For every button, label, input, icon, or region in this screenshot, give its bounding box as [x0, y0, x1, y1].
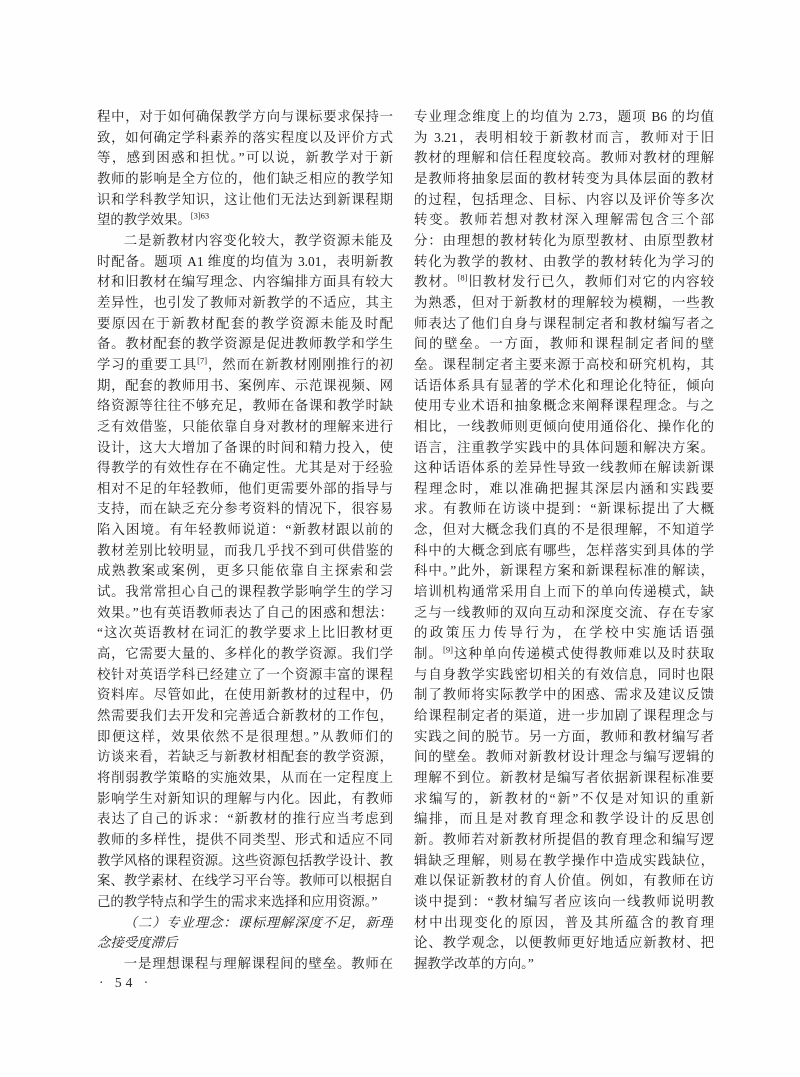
- text-line: 相对不足的年轻教师，他们更需要外部的指导与: [97, 479, 393, 500]
- text-line: 访谈来看，若缺乏与新教材相配套的教学资源，: [97, 747, 393, 768]
- text-line: 试。我常常担心自己的课程教学影响学生的学习: [97, 582, 393, 603]
- text-line: 实践之间的脱节。另一方面，教师和教材编写者: [414, 727, 714, 748]
- text-line: 要原因在于新教材配套的教学资源未能及时配: [97, 314, 393, 335]
- text-line: 材中出现变化的原因，普及其所蕴含的教育理: [414, 913, 714, 934]
- text-line: 支持，而在缺乏充分参考资料的情况下，很容易: [97, 499, 393, 520]
- text-line: 相比，一线教师则更倾向使用通俗化、操作化的: [414, 417, 714, 438]
- text-line: 陷入困境。有年轻教师说道：“新教材跟以前的: [97, 520, 393, 541]
- text-line: 一是理想课程与理解课程间的壁垒。教师在: [97, 954, 393, 975]
- page-number: · 54 ·: [99, 975, 152, 991]
- text-line: 科中。”此外，新课程方案和新课程标准的解读，: [414, 561, 714, 582]
- journal-page: 程中，对于如何确保教学方向与课标要求保持一致，如何确定学科素养的落实程度以及评价…: [0, 0, 800, 1077]
- text-line: 难以保证新教材的育人价值。例如，有教师在访: [414, 871, 714, 892]
- text-line: 案、教学素材、在线学习平台等。教师可以根据自: [97, 871, 393, 892]
- citation-superscript: [9]: [443, 645, 453, 655]
- text-line: 垒。课程制定者主要来源于高校和研究机构，其: [414, 355, 714, 376]
- text-line: 表达了自己的诉求：“新教材的推行应当考虑到: [97, 809, 393, 830]
- text-line: 成熟教案或案例，更多只能依靠自主探索和尝: [97, 561, 393, 582]
- text-line: 即便这样，效果依然不是很理想。”从教师们的: [97, 727, 393, 748]
- text-line: 得教学的有效性存在不确定性。尤其是对于经验: [97, 458, 393, 479]
- text-line: 话语体系具有显著的学术化和理论化特征，倾向: [414, 376, 714, 397]
- text-line: 间的壁垒。教师对新教材设计理念与编写逻辑的: [414, 747, 714, 768]
- text-line: 辑缺乏理解，则易在教学操作中造成实践缺位，: [414, 851, 714, 872]
- text-line: “这次英语教材在词汇的教学要求上比旧教材更: [97, 623, 393, 644]
- right-column: 专业理念维度上的均值为 2.73，题项 B6 的均值为 3.21，表明相较于新教…: [414, 107, 714, 975]
- text-line: 等，感到困惑和担忧。”可以说，新教学对于新: [97, 148, 393, 169]
- text-line: 资料库。尽管如此，在使用新教材的过程中，仍: [97, 685, 393, 706]
- text-line: 然需要我们去开发和完善适合新教材的工作包，: [97, 706, 393, 727]
- text-line: 教材差别比较明显，而我几乎找不到可供借鉴的: [97, 541, 393, 562]
- text-line: 设计，这大大增加了备课的时间和精力投入，使: [97, 438, 393, 459]
- citation-superscript: [7]: [197, 355, 207, 365]
- text-line: 师表达了他们自身与课程制定者和教材编写者之: [414, 314, 714, 335]
- text-line: 教材。[8]旧教材发行已久，教师们对它的内容较: [414, 272, 714, 293]
- text-line: 是教师将抽象层面的教材转变为具体层面的教材: [414, 169, 714, 190]
- text-line: 教师的多样性，提供不同类型、形式和适应不同: [97, 830, 393, 851]
- text-line: 时配备。题项 A1 维度的均值为 3.01，表明新教: [97, 252, 393, 273]
- text-line: 制。[9]这种单向传递模式使得教师难以及时获取: [414, 644, 714, 665]
- section-heading-line: （二）专业理念：课标理解深度不足，新理: [97, 913, 393, 934]
- text-line: 念，但对大概念我们真的不是很理解，不知道学: [414, 520, 714, 541]
- text-line: 给课程制定者的渠道，进一步加剧了课程理念与: [414, 706, 714, 727]
- text-line: 期，配套的教师用书、案例库、示范课视频、网: [97, 376, 393, 397]
- citation-superscript: [8]: [458, 273, 468, 283]
- text-line: 二是新教材内容变化较大，教学资源未能及: [97, 231, 393, 252]
- section-heading-line: 念接受度滞后: [97, 933, 393, 954]
- text-line: 教学风格的课程资源。这些资源包括教学设计、教: [97, 851, 393, 872]
- text-line: 分：由理想的教材转化为原型教材、由原型教材: [414, 231, 714, 252]
- text-line: 的政策压力传导行为，在学校中实施话语强: [414, 623, 714, 644]
- text-line: 这种话语体系的差异性导致一线教师在解读新课: [414, 458, 714, 479]
- text-line: 乏有效借鉴，只能依靠自身对教材的理解来进行: [97, 417, 393, 438]
- text-line: 握教学改革的方向。”: [414, 954, 714, 975]
- text-line: 专业理念维度上的均值为 2.73，题项 B6 的均值: [414, 107, 714, 128]
- text-line: 差异性，也引发了教师对新教学的不适应，其主: [97, 293, 393, 314]
- text-line: 转化为教学的教材、由教学的教材转化为学习的: [414, 252, 714, 273]
- left-column: 程中，对于如何确保教学方向与课标要求保持一致，如何确定学科素养的落实程度以及评价…: [97, 107, 393, 975]
- text-line: 材和旧教材在编写理念、内容编排方面具有较大: [97, 272, 393, 293]
- text-line: 的过程，包括理念、目标、内容以及评价等多次: [414, 190, 714, 211]
- text-line: 与自身教学实践密切相关的有效信息，同时也限: [414, 665, 714, 686]
- text-line: 程中，对于如何确保教学方向与课标要求保持一: [97, 107, 393, 128]
- text-line: 乏与一线教师的双向互动和深度交流、存在专家: [414, 603, 714, 624]
- text-line: 影响学生对新知识的理解与内化。因此，有教师: [97, 789, 393, 810]
- text-line: 将削弱教学策略的实施效果，从而在一定程度上: [97, 768, 393, 789]
- text-line: 识和学科教学知识，这让他们无法达到新课程期: [97, 190, 393, 211]
- text-line: 备。教材配套的教学资源是促进教师教学和学生: [97, 334, 393, 355]
- text-line: 制了教师将实际教学中的困惑、需求及建议反馈: [414, 685, 714, 706]
- text-line: 学习的重要工具[7]，然而在新教材刚刚推行的初: [97, 355, 393, 376]
- text-line: 为 3.21，表明相较于新教材而言，教师对于旧: [414, 128, 714, 149]
- text-line: 为熟悉，但对于新教材的理解较为模糊，一些教: [414, 293, 714, 314]
- text-line: 编排，而且是对教育理念和教学设计的反思创: [414, 809, 714, 830]
- text-line: 致，如何确定学科素养的落实程度以及评价方式: [97, 128, 393, 149]
- text-line: 新。教师若对新教材所提倡的教育理念和编写逻: [414, 830, 714, 851]
- text-line: 望的教学效果。[3]63: [97, 210, 393, 231]
- text-line: 论、教学观念，以便教师更好地适应新教材、把: [414, 933, 714, 954]
- text-line: 使用专业术语和抽象概念来阐释课程理念。与之: [414, 396, 714, 417]
- text-line: 科中的大概念到底有哪些，怎样落实到具体的学: [414, 541, 714, 562]
- text-line: 教师的影响是全方位的，他们缺乏相应的教学知: [97, 169, 393, 190]
- text-line: 语言，注重教学实践中的具体问题和解决方案。: [414, 438, 714, 459]
- text-line: 培训机构通常采用自上而下的单向传递模式，缺: [414, 582, 714, 603]
- text-line: 求。有教师在访谈中提到：“新课标提出了大概: [414, 499, 714, 520]
- text-line: 间的壁垒。一方面，教师和课程制定者间的壁: [414, 334, 714, 355]
- text-line: 校针对英语学科已经建立了一个资源丰富的课程: [97, 665, 393, 686]
- text-line: 教材的理解和信任程度较高。教师对教材的理解: [414, 148, 714, 169]
- text-line: 高，它需要大量的、多样化的教学资源。我们学: [97, 644, 393, 665]
- text-line: 己的教学特点和学生的需求来选择和应用资源。”: [97, 892, 393, 913]
- text-line: 理解不到位。新教材是编写者依据新课程标准要: [414, 768, 714, 789]
- text-line: 谈中提到：“教材编写者应该向一线教师说明教: [414, 892, 714, 913]
- text-line: 求编写的，新教材的“新”不仅是对知识的重新: [414, 789, 714, 810]
- text-line: 络资源等往往不够充足，教师在备课和教学时缺: [97, 396, 393, 417]
- citation-superscript: [3]63: [191, 211, 209, 221]
- text-line: 程理念时，难以准确把握其深层内涵和实践要: [414, 479, 714, 500]
- text-line: 转变。教师若想对教材深入理解需包含三个部: [414, 210, 714, 231]
- text-line: 效果。”也有英语教师表达了自己的困惑和想法：: [97, 603, 393, 624]
